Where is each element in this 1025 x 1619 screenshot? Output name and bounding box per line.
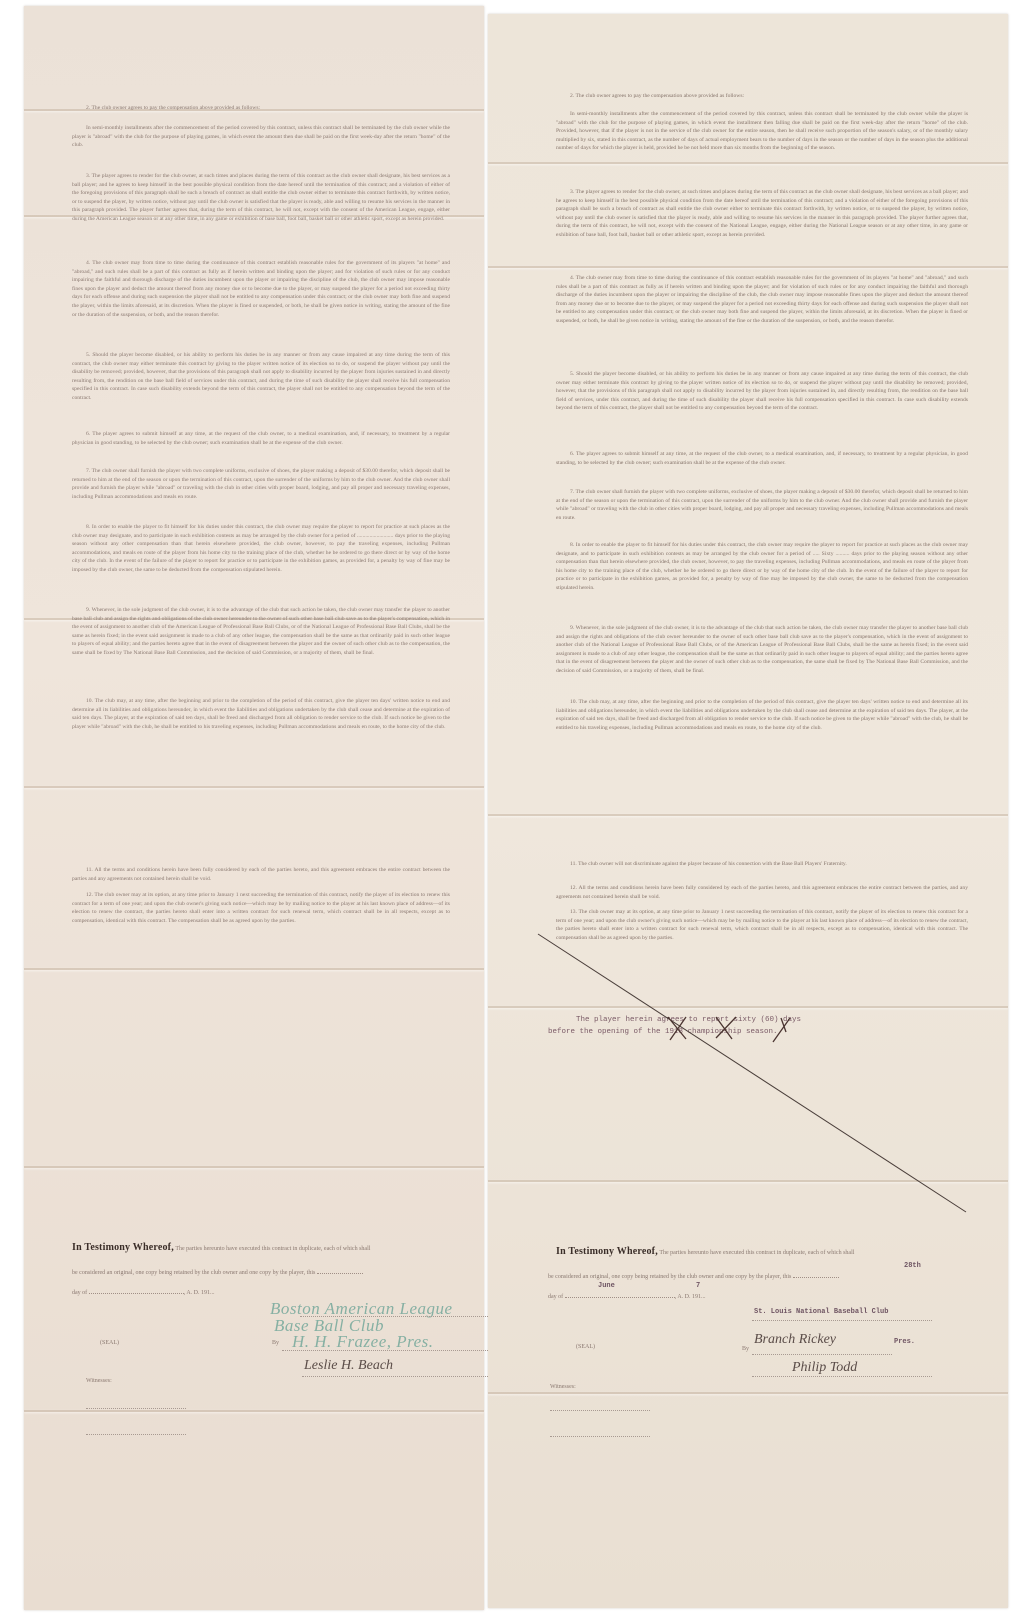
day-field[interactable]	[317, 1266, 363, 1274]
clause-2-body: In semi-monthly installments after the c…	[72, 124, 450, 150]
date-line: day of , A. D. 191...	[72, 1286, 215, 1296]
x-mark-icon	[668, 1017, 790, 1042]
diagonal-strike-line	[488, 14, 1008, 1608]
contract-sheet-boston: 2. The club owner agrees to pay the comp…	[24, 6, 484, 1610]
clause-8: 8. In order to enable the player to fit …	[72, 523, 450, 575]
clause-7: 7. The club owner shall furnish the play…	[72, 467, 450, 501]
clause-5: 5. Should the player become disabled, or…	[72, 351, 450, 403]
club-line	[300, 1316, 500, 1317]
clause-11: 11. All the terms and conditions herein …	[72, 866, 450, 883]
signature-line	[282, 1350, 500, 1351]
month-field[interactable]	[89, 1286, 184, 1294]
witness-line-2[interactable]	[86, 1434, 186, 1435]
signature-president: H. H. Frazee, Pres.	[292, 1332, 434, 1352]
clause-2-heading: 2. The club owner agrees to pay the comp…	[72, 104, 450, 113]
clause-4: 4. The club owner may from time to time …	[72, 259, 450, 319]
clause-9: 9. Whenever, in the sole judgment of the…	[72, 606, 450, 658]
testimony-heading: In Testimony Whereof,	[72, 1242, 174, 1253]
testimony-clause: In Testimony Whereof, The parties hereun…	[72, 1242, 450, 1253]
witness-line-1[interactable]	[86, 1408, 186, 1409]
clause-12: 12. The club owner may at its option, at…	[72, 891, 450, 925]
witnesses-label: Witnesses:	[86, 1378, 112, 1384]
signature-line	[302, 1376, 500, 1377]
testimony-line-1: The parties hereunto have executed this …	[175, 1246, 370, 1252]
clause-6: 6. The player agrees to submit himself a…	[72, 430, 450, 447]
seal-label: (SEAL)	[100, 1340, 119, 1346]
testimony-line-2: be considered an original, one copy bein…	[72, 1266, 363, 1276]
by-label: By	[272, 1340, 279, 1346]
signature-witness: Leslie H. Beach	[304, 1358, 393, 1374]
contract-sheet-st-louis: 2. The club owner agrees to pay the comp…	[488, 14, 1008, 1608]
clause-10: 10. The club may, at any time, after the…	[72, 697, 450, 731]
clause-3: 3. The player agrees to render for the c…	[72, 172, 450, 224]
